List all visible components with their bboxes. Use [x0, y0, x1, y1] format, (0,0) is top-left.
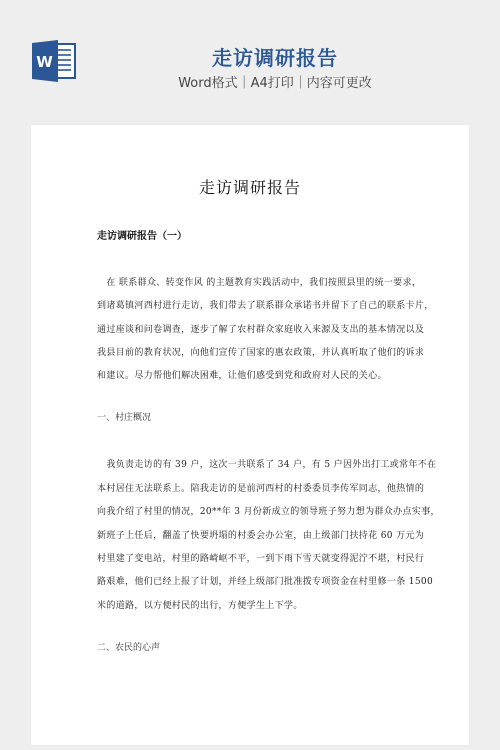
paragraph-2-line: 我负责走访的有 39 户，这次一共联系了 34 户，有 5 户因外出打工或常年不…	[97, 459, 437, 471]
header-title: 走访调研报告	[0, 44, 500, 72]
document-subheading: 走访调研报告（一）	[97, 230, 187, 244]
paragraph-1-line: 我县目前的教育状况，向他们宣传了国家的惠农政策，并认真听取了他们的诉求	[97, 347, 424, 359]
header-subtitle: Word格式｜A4打印｜内容可更改	[0, 75, 500, 93]
paragraph-1-line: 和建议。尽力帮他们解决困难，让他们感受到党和政府对人民的关心。	[97, 370, 387, 382]
document-page: 走访调研报告 走访调研报告（一） 在 联系群众、转变作风 的主题教育实践活动中，…	[31, 125, 469, 745]
header-banner: W 走访调研报告 Word格式｜A4打印｜内容可更改	[0, 0, 500, 110]
paragraph-2-line: 本村居住无法联系上。陪我走访的是前河西村的村委委员李传军同志，他热情的	[97, 483, 424, 495]
paragraph-2-line: 米的道路，以方便村民的出行，方便学生上下学。	[97, 600, 303, 612]
paragraph-1-line: 到诸葛镇河西村进行走访，我们带去了联系群众承诺书并留下了自己的联系卡片，	[97, 300, 434, 312]
paragraph-2-line: 村里建了变电站，村里的路崎岖不平，一到下雨下雪天就变得泥泞不堪，村民行	[97, 553, 424, 565]
section-heading-farmers-voice: 二、农民的心声	[97, 642, 160, 654]
paragraph-2-line: 路艰难，他们已经上报了计划，并经上级部门批准拨专项资金在村里修一条 1500	[97, 576, 433, 588]
paragraph-2-line: 向我介绍了村里的情况，20**年 3 月份新成立的领导班子努力想为群众办点实事，	[97, 506, 440, 518]
paragraph-2-line: 新班子上任后，翻盖了快要坍塌的村委会办公室，由上级部门扶持花 60 万元为	[97, 530, 424, 542]
document-title: 走访调研报告	[31, 177, 469, 199]
paragraph-1-line: 通过座谈和问卷调查，逐步了解了农村群众家庭收入来源及支出的基本情况以及	[97, 324, 424, 336]
paragraph-1-line: 在 联系群众、转变作风 的主题教育实践活动中，我们按照县里的统一要求，	[97, 277, 421, 289]
section-heading-village-overview: 一、村庄概况	[97, 412, 151, 424]
